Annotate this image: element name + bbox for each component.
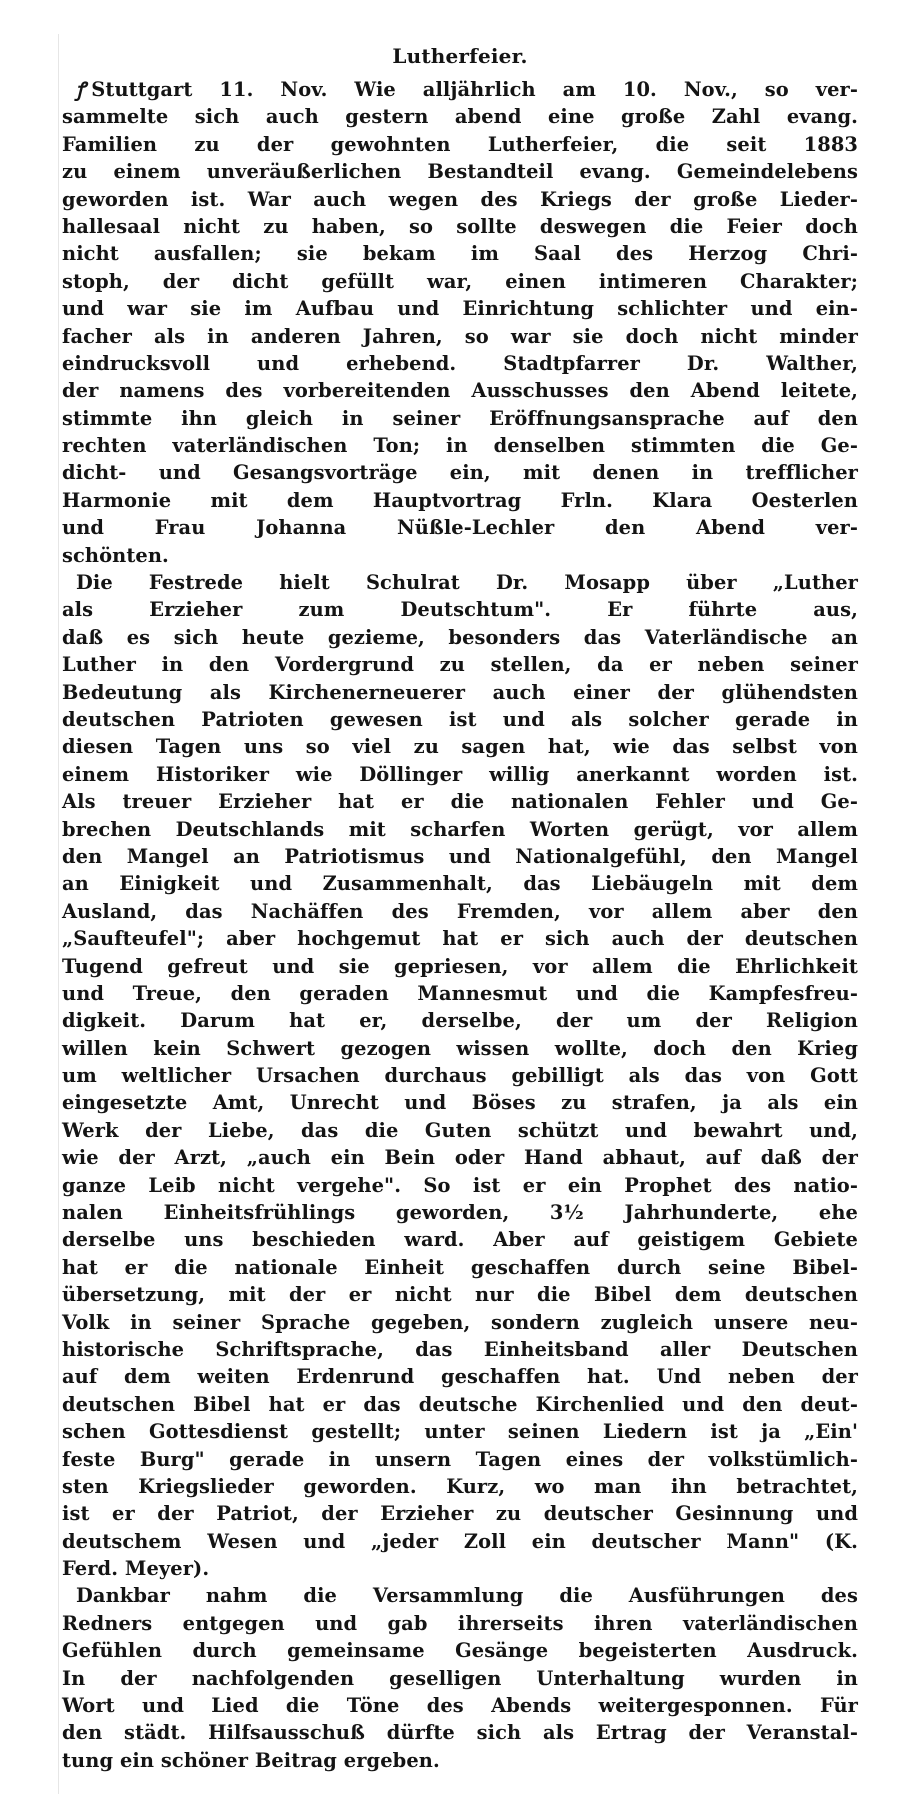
text-line: schen Gottesdienst gestellt; unter seine…: [62, 1418, 858, 1445]
text-line: Volk in seiner Sprache gegeben, sondern …: [62, 1309, 858, 1336]
text-line: den städt. Hilfsausschuß dürfte sich als…: [62, 1719, 858, 1746]
text-line: rechten vaterländischen Ton; in denselbe…: [62, 432, 858, 459]
correspondent-mark-icon: ꝭ: [76, 78, 85, 101]
column-rule: [58, 34, 59, 1794]
text-line: übersetzung, mit der er nicht nur die Bi…: [62, 1281, 858, 1308]
text-line: facher als in anderen Jahren, so war sie…: [62, 323, 858, 350]
dateline-place: Stuttgart: [91, 78, 192, 101]
text-line: Die Festrede hielt Schulrat Dr. Mosapp ü…: [62, 569, 858, 596]
text-line: Ferd. Meyer).: [62, 1555, 858, 1582]
text-line: Redners entgegen und gab ihrerseits ihre…: [62, 1610, 858, 1637]
text-line: Gefühlen durch gemeinsame Gesänge begeis…: [62, 1637, 858, 1664]
text-line: „Saufteufel"; aber hochgemut hat er sich…: [62, 925, 858, 952]
text-line: derselbe uns beschieden ward. Aber auf g…: [62, 1226, 858, 1253]
text-line: wie der Arzt, „auch ein Bein oder Hand a…: [62, 1144, 858, 1171]
text-line: ganze Leib nicht vergehe". So ist er ein…: [62, 1172, 858, 1199]
text-line: nalen Einheitsfrühlings geworden, 3½ Jah…: [62, 1199, 858, 1226]
newspaper-clipping: Lutherfeier. ꝭStuttgart 11. Nov. Wie all…: [62, 36, 858, 1774]
text-line: schönten.: [62, 542, 858, 569]
text-line: auf dem weiten Erdenrund geschaffen hat.…: [62, 1363, 858, 1390]
text-line: deutschen Patrioten gewesen ist und als …: [62, 706, 858, 733]
text-line: digkeit. Darum hat er, derselbe, der um …: [62, 1007, 858, 1034]
text-line: Harmonie mit dem Hauptvortrag Frln. Klar…: [62, 487, 858, 514]
text-line: Wort und Lied die Töne des Abends weiter…: [62, 1692, 858, 1719]
text-line: den Mangel an Patriotismus und Nationalg…: [62, 843, 858, 870]
text-line: In der nachfolgenden geselligen Unterhal…: [62, 1665, 858, 1692]
text-line: feste Burg" gerade in unsern Tagen eines…: [62, 1446, 858, 1473]
text-line: geworden ist. War auch wegen des Kriegs …: [62, 186, 858, 213]
text-line: als Erzieher zum Deutschtum". Er führte …: [62, 596, 858, 623]
text-line: brechen Deutschlands mit scharfen Worten…: [62, 816, 858, 843]
text-line: zu einem unveräußerlichen Bestandteil ev…: [62, 158, 858, 185]
text-line: 11. Nov. Wie alljährlich am 10. Nov., so…: [219, 78, 858, 101]
text-line: und war sie im Aufbau und Einrichtung sc…: [62, 295, 858, 322]
text-line: an Einigkeit und Zusammenhalt, das Liebä…: [62, 870, 858, 897]
text-line: Tugend gefreut und sie gepriesen, vor al…: [62, 953, 858, 980]
text-line: nicht ausfallen; sie bekam im Saal des H…: [62, 240, 858, 267]
text-line: diesen Tagen uns so viel zu sagen hat, w…: [62, 733, 858, 760]
text-line: stoph, der dicht gefüllt war, einen inti…: [62, 268, 858, 295]
text-line: eingesetzte Amt, Unrecht und Böses zu st…: [62, 1089, 858, 1116]
text-line: Familien zu der gewohnten Lutherfeier, d…: [62, 131, 858, 158]
text-line: daß es sich heute gezieme, besonders das…: [62, 624, 858, 651]
text-line: Dankbar nahm die Versammlung die Ausführ…: [62, 1582, 858, 1609]
text-line: historische Schriftsprache, das Einheits…: [62, 1336, 858, 1363]
text-line: und Treue, den geraden Mannesmut und die…: [62, 980, 858, 1007]
text-line: und Frau Johanna Nüßle-Lechler den Abend…: [62, 514, 858, 541]
dateline: ꝭStuttgart 11. Nov. Wie alljährlich am 1…: [62, 76, 858, 103]
text-line: hat er die nationale Einheit geschaffen …: [62, 1254, 858, 1281]
text-line: sten Kriegslieder geworden. Kurz, wo man…: [62, 1473, 858, 1500]
text-line: Luther in den Vordergrund zu stellen, da…: [62, 651, 858, 678]
text-line: der namens des vorbereitenden Ausschusse…: [62, 377, 858, 404]
article-title: Lutherfeier.: [62, 36, 858, 76]
text-line: tung ein schöner Beitrag ergeben.: [62, 1747, 858, 1774]
text-line: dicht- und Gesangsvorträge ein, mit dene…: [62, 459, 858, 486]
text-line: willen kein Schwert gezogen wissen wollt…: [62, 1035, 858, 1062]
text-line: hallesaal nicht zu haben, so sollte desw…: [62, 213, 858, 240]
text-line: Werk der Liebe, das die Guten schützt un…: [62, 1117, 858, 1144]
text-line: stimmte ihn gleich in seiner Eröffnungsa…: [62, 405, 858, 432]
text-line: deutschen Bibel hat er das deutsche Kirc…: [62, 1391, 858, 1418]
text-line: sammelte sich auch gestern abend eine gr…: [62, 103, 858, 130]
text-line: um weltlicher Ursachen durchaus gebillig…: [62, 1062, 858, 1089]
text-line: einem Historiker wie Döllinger willig an…: [62, 761, 858, 788]
text-line: Als treuer Erzieher hat er die nationale…: [62, 788, 858, 815]
text-line: deutschem Wesen und „jeder Zoll ein deut…: [62, 1528, 858, 1555]
text-line: ist er der Patriot, der Erzieher zu deut…: [62, 1500, 858, 1527]
text-line: Ausland, das Nachäffen des Fremden, vor …: [62, 898, 858, 925]
text-line: eindrucksvoll und erhebend. Stadtpfarrer…: [62, 350, 858, 377]
text-line: Bedeutung als Kirchenerneuerer auch eine…: [62, 679, 858, 706]
